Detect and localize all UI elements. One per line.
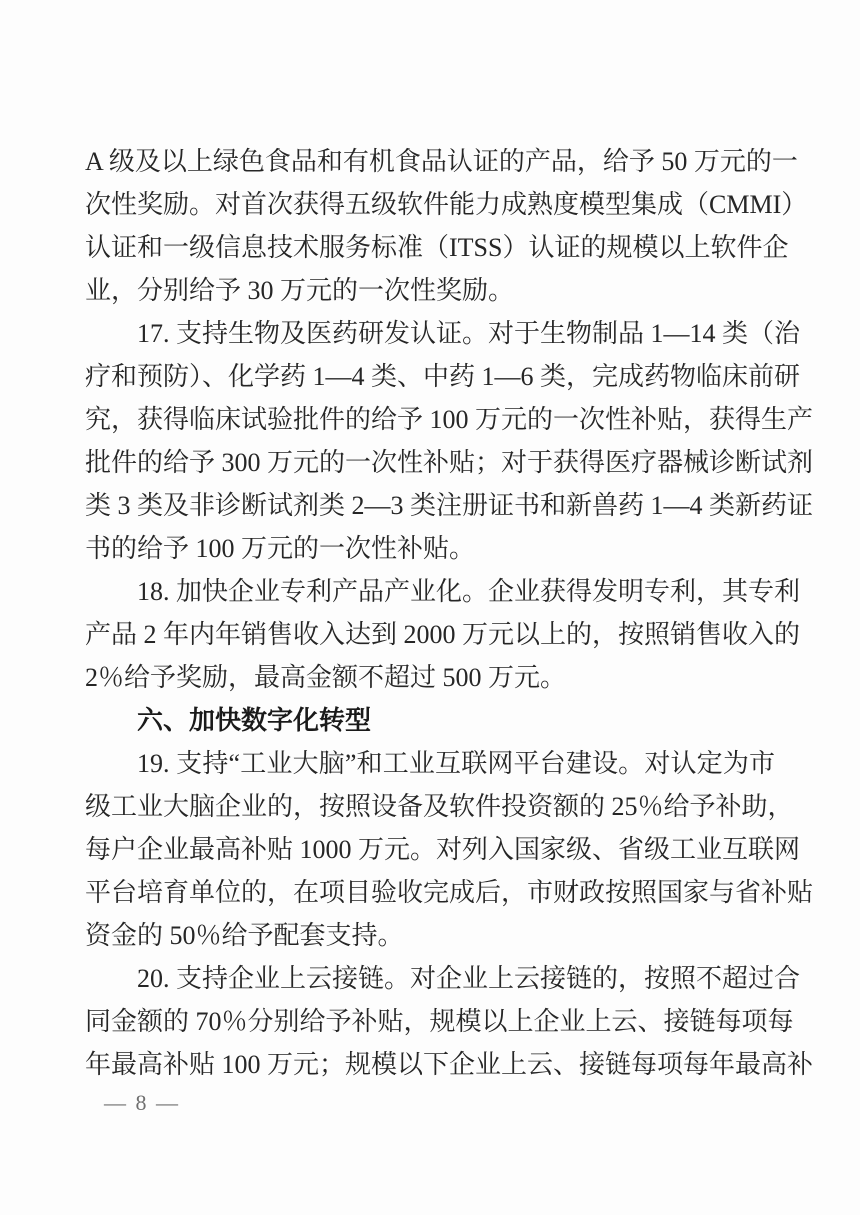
- text-line: 17. 支持生物及医药研发认证。对于生物制品 1—14 类（治: [85, 312, 775, 355]
- text-line: 18. 加快企业专利产品产业化。企业获得发明专利，其专利: [85, 570, 775, 613]
- text-line: 书的给予 100 万元的一次性补贴。: [85, 527, 775, 570]
- text-line: 产品 2 年内年销售收入达到 2000 万元以上的，按照销售收入的: [85, 613, 775, 656]
- document-page: A 级及以上绿色食品和有机食品认证的产品，给予 50 万元的一 次性奖励。对首次…: [0, 0, 860, 1215]
- text-line: 级工业大脑企业的，按照设备及软件投资额的 25％给予补助，: [85, 785, 775, 828]
- text-line: 平台培育单位的，在项目验收完成后，市财政按照国家与省补贴: [85, 871, 775, 914]
- text-line: 认证和一级信息技术服务标准（ITSS）认证的规模以上软件企: [85, 226, 775, 269]
- section-heading: 六、加快数字化转型: [85, 699, 775, 742]
- text-line: A 级及以上绿色食品和有机食品认证的产品，给予 50 万元的一: [85, 140, 775, 183]
- text-line: 19. 支持“工业大脑”和工业互联网平台建设。对认定为市: [85, 742, 775, 785]
- text-line: 年最高补贴 100 万元；规模以下企业上云、接链每项每年最高补: [85, 1043, 775, 1086]
- text-line: 同金额的 70％分别给予补贴，规模以上企业上云、接链每项每: [85, 1000, 775, 1043]
- text-line: 批件的给予 300 万元的一次性补贴；对于获得医疗器械诊断试剂: [85, 441, 775, 484]
- text-line: 每户企业最高补贴 1000 万元。对列入国家级、省级工业互联网: [85, 828, 775, 871]
- text-line: 20. 支持企业上云接链。对企业上云接链的，按照不超过合: [85, 957, 775, 1000]
- text-line: 2％给予奖励，最高金额不超过 500 万元。: [85, 656, 775, 699]
- page-number: — 8 —: [104, 1089, 180, 1117]
- text-line: 类 3 类及非诊断试剂类 2—3 类注册证书和新兽药 1—4 类新药证: [85, 484, 775, 527]
- text-line: 业，分别给予 30 万元的一次性奖励。: [85, 269, 775, 312]
- text-line: 次性奖励。对首次获得五级软件能力成熟度模型集成（CMMI）: [85, 183, 775, 226]
- page-number-text: — 8 —: [104, 1090, 180, 1115]
- text-line: 疗和预防）、化学药 1—4 类、中药 1—6 类，完成药物临床前研: [85, 355, 775, 398]
- text-line: 资金的 50％给予配套支持。: [85, 914, 775, 957]
- text-line: 究，获得临床试验批件的给予 100 万元的一次性补贴，获得生产: [85, 398, 775, 441]
- document-body: A 级及以上绿色食品和有机食品认证的产品，给予 50 万元的一 次性奖励。对首次…: [85, 140, 775, 1086]
